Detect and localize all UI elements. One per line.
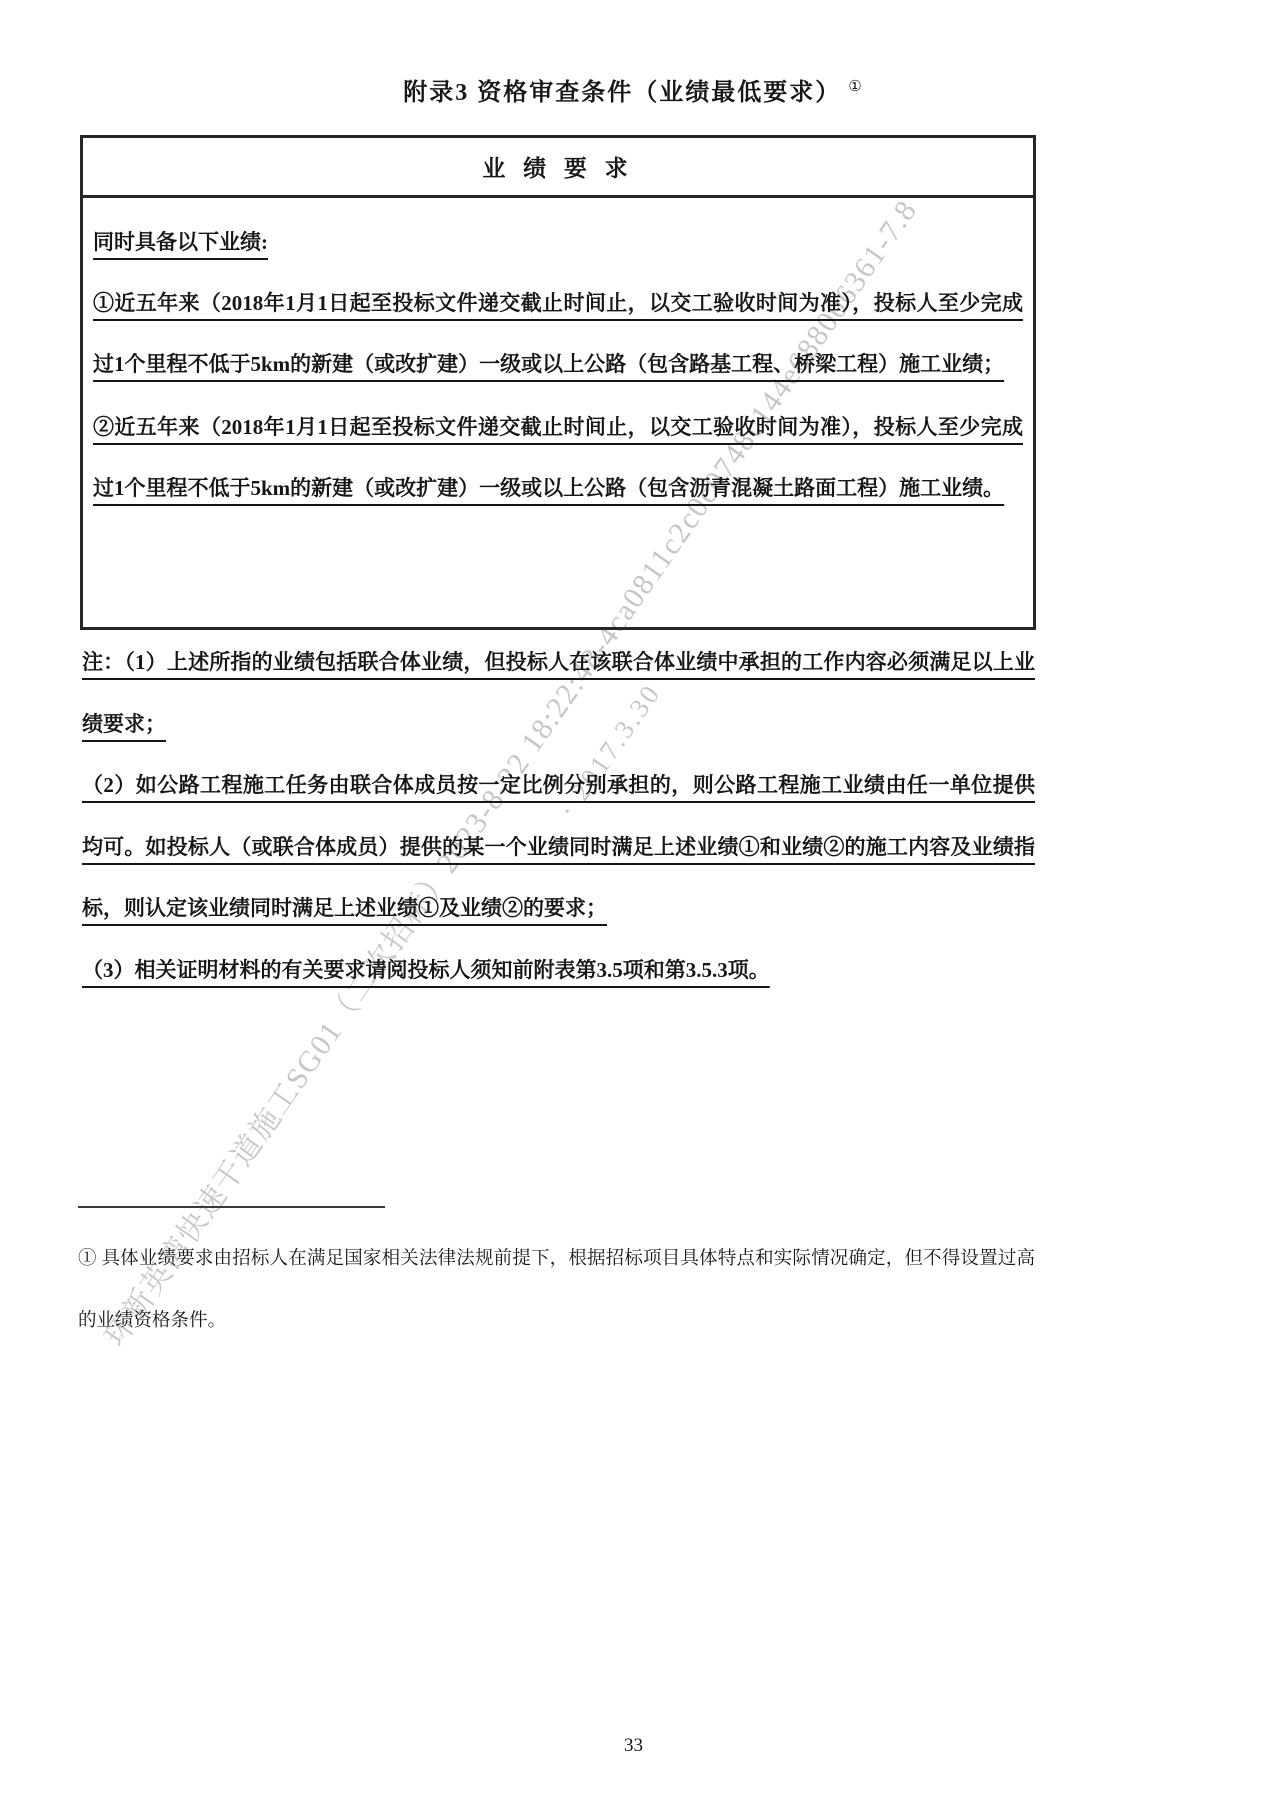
intro-text: 同时具备以下业绩:: [93, 230, 268, 254]
page-number: 33: [0, 1735, 1267, 1757]
page-title: 附录3 资格审查条件（业绩最低要求）①: [0, 72, 1267, 107]
footnote-separator: [78, 1206, 385, 1208]
footnote-marker: ①: [78, 1249, 97, 1269]
note-3: （3）相关证明材料的有关要求请阅投标人须知前附表第3.5项和第3.5.3项。: [82, 940, 1035, 1002]
document-page: 环新英湾快速干道施工SG01（二次招标）2023-8-22 18:22:48-4…: [0, 0, 1267, 1793]
note-2: （2）如公路工程施工任务由联合体成员按一定比例分别承担的，则公路工程施工业绩由任…: [82, 755, 1035, 940]
table-header-cell: 业 绩 要 求: [83, 138, 1033, 198]
footnote-section: ① 具体业绩要求由招标人在满足国家相关法律法规前提下，根据招标项目具体特点和实际…: [78, 1228, 1035, 1352]
page-title-text: 附录3 资格审查条件（业绩最低要求）: [403, 80, 841, 106]
note-1: 注：（1）上述所指的业绩包括联合体业绩，但投标人在该联合体业绩中承担的工作内容必…: [82, 632, 1035, 755]
requirement-item-1: ①近五年来（2018年1月1日起至投标文件递交截止时间止，以交工验收时间为准），…: [93, 273, 1023, 395]
performance-requirements-table: 业 绩 要 求 同时具备以下业绩: ①近五年来（2018年1月1日起至投标文件递…: [80, 135, 1036, 630]
footnote-text-line: ① 具体业绩要求由招标人在满足国家相关法律法规前提下，根据招标项目具体特点和实际…: [78, 1228, 1035, 1352]
footnote-text: 具体业绩要求由招标人在满足国家相关法律法规前提下，根据招标项目具体特点和实际情况…: [78, 1249, 1035, 1331]
notes-section: 注：（1）上述所指的业绩包括联合体业绩，但投标人在该联合体业绩中承担的工作内容必…: [82, 632, 1035, 1001]
table-header-text: 业 绩 要 求: [482, 150, 633, 183]
intro-line: 同时具备以下业绩:: [93, 212, 1023, 273]
table-body-cell: 同时具备以下业绩: ①近五年来（2018年1月1日起至投标文件递交截止时间止，以…: [83, 198, 1033, 519]
requirement-item-2: ②近五年来（2018年1月1日起至投标文件递交截止时间止，以交工验收时间为准），…: [93, 397, 1023, 519]
footnote-ref-marker: ①: [848, 79, 863, 95]
